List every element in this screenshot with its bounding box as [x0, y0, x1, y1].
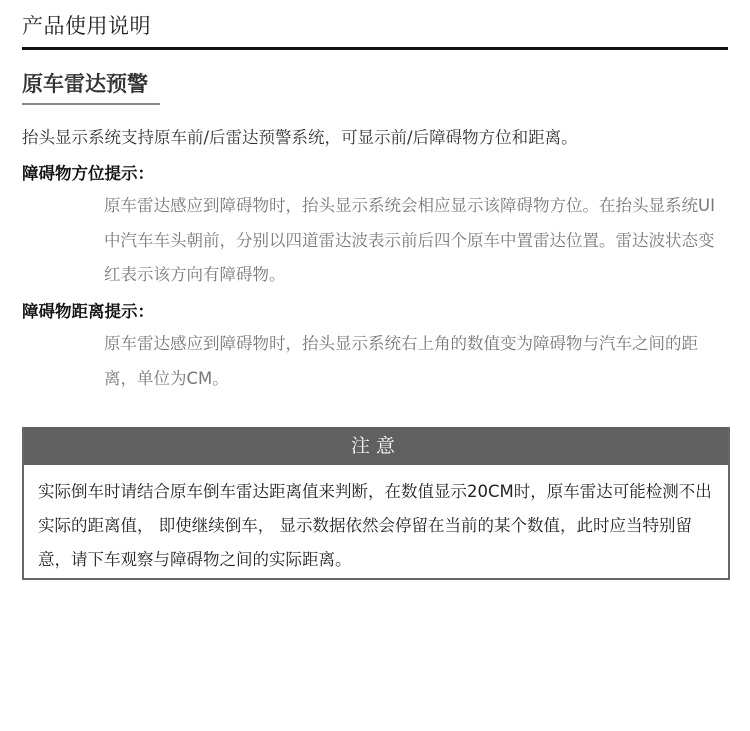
title-divider: [22, 47, 728, 50]
subsection-direction-body: 原车雷达感应到障碍物时，抬头显示系统会相应显示该障碍物方位。在抬头显系统UI中汽…: [104, 189, 716, 293]
subsection-direction-heading: 障碍物方位提示：: [22, 160, 154, 184]
subsection-distance-heading: 障碍物距离提示：: [22, 298, 154, 322]
notice-box: 注意 实际倒车时请结合原车倒车雷达距离值来判断，在数值显示20CM时，原车雷达可…: [22, 427, 730, 580]
subsection-distance-body: 原车雷达感应到障碍物时，抬头显示系统右上角的数值变为障碍物与汽车之间的距离，单位…: [104, 327, 716, 396]
section-heading: 原车雷达预警: [22, 68, 148, 98]
page-title: 产品使用说明: [22, 10, 151, 40]
notice-title: 注意: [24, 427, 728, 465]
section-heading-underline: [22, 103, 160, 105]
section-intro: 抬头显示系统支持原车前/后雷达预警系统，可显示前/后障碍物方位和距离。: [22, 124, 578, 148]
notice-body: 实际倒车时请结合原车倒车雷达距离值来判断，在数值显示20CM时，原车雷达可能检测…: [24, 465, 728, 577]
